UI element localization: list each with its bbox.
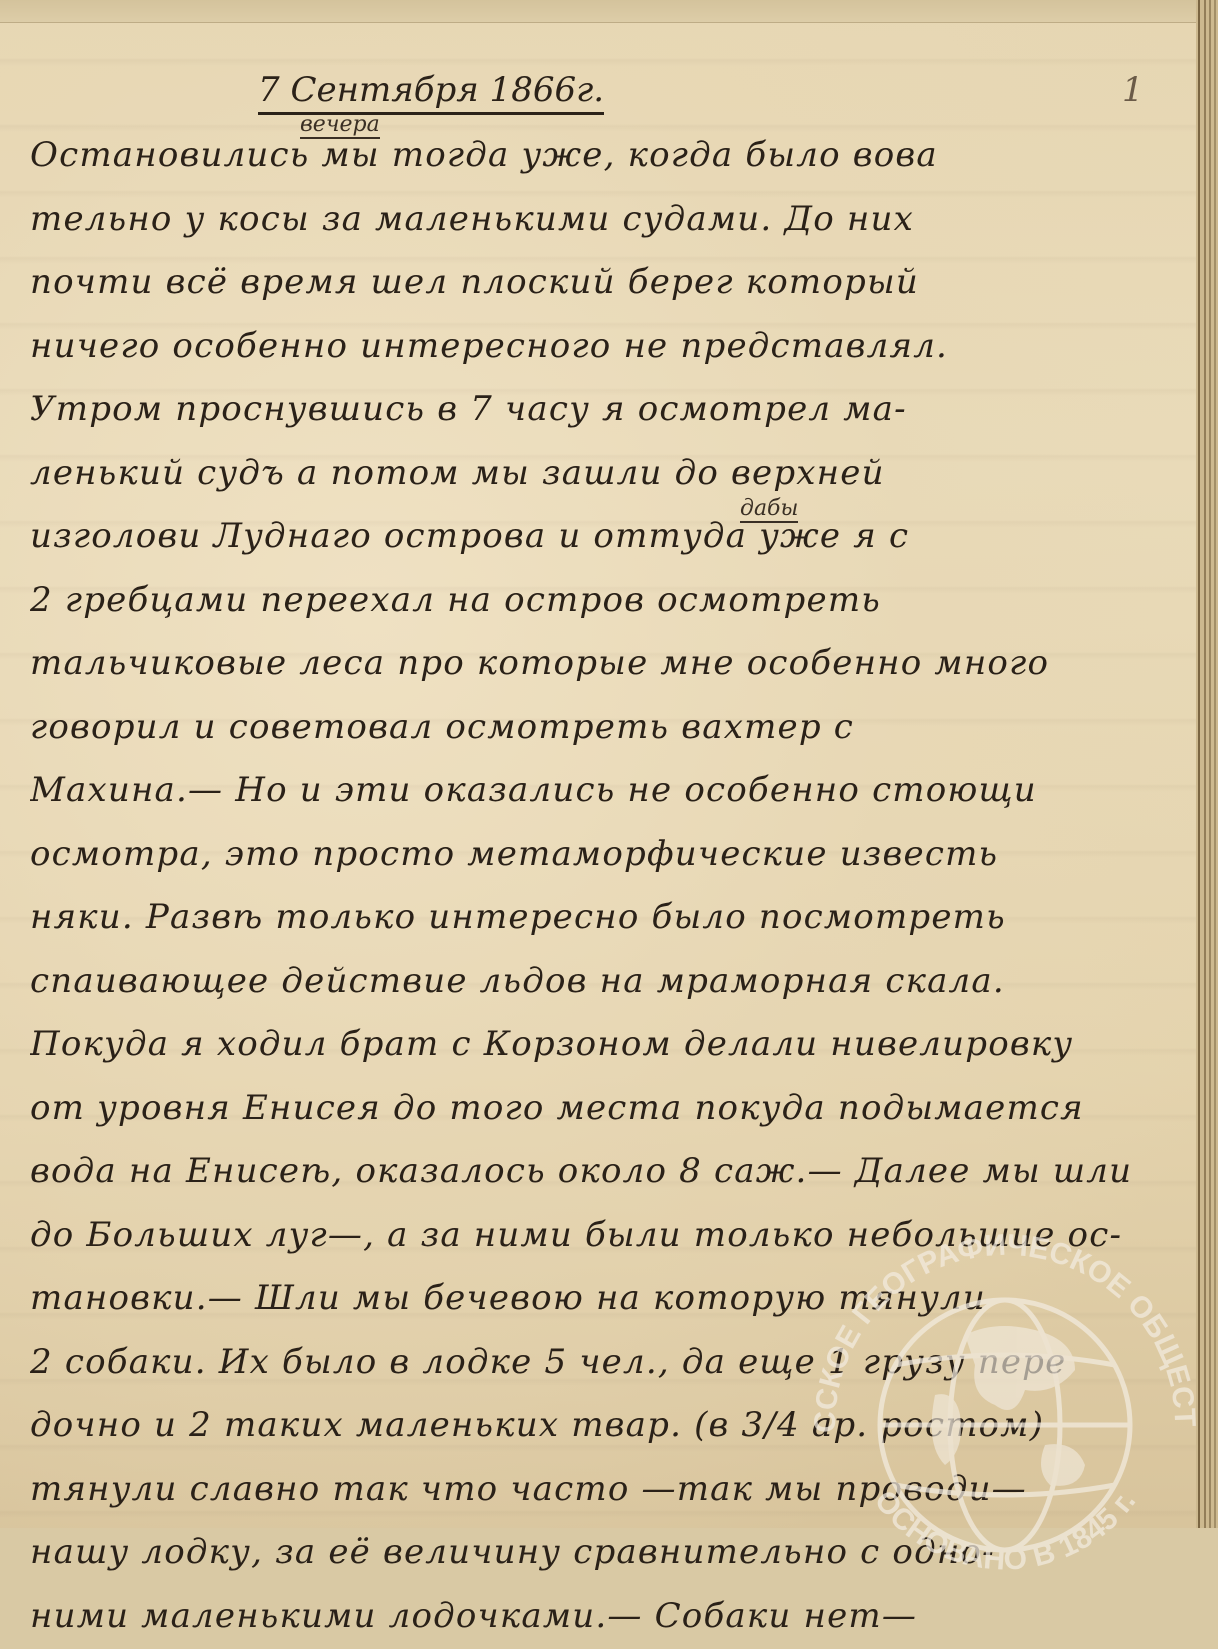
text-line: тановки.— Шли мы бечевою на которую тяну… (30, 1268, 1160, 1332)
date-heading: 7 Сентября 1866г. (258, 70, 604, 115)
page-edge-line (1204, 0, 1206, 1528)
text-line: ничего особенно интересного не представл… (30, 316, 1160, 380)
text-line: осмотра, это просто метаморфические изве… (30, 824, 1160, 888)
text-line: Остановились мы тогда уже, когда было во… (30, 125, 1160, 189)
text-line: изголови Луднаго острова и оттуда уже я … (30, 506, 1160, 570)
text-line: Утром проснувшись в 7 часу я осмотрел ма… (30, 379, 1160, 443)
text-line: нашу лодку, за её величину сравнительно … (30, 1522, 1160, 1528)
page-edge-line (1214, 0, 1216, 1528)
text-line: 2 собаки. Их было в лодке 5 чел., да еще… (30, 1332, 1160, 1396)
text-line: тельно у косы за маленькими судами. До н… (30, 189, 1160, 253)
handwritten-text-body: Остановились мы тогда уже, когда было во… (30, 125, 1160, 1528)
text-line: Покуда я ходил брат с Корзоном делали ни… (30, 1014, 1160, 1078)
text-line: ленький судъ а потом мы зашли до верхней (30, 443, 1160, 507)
text-line: вода на Енисеѣ, оказалось около 8 саж.— … (30, 1141, 1160, 1205)
text-line: от уровня Енисея до того места покуда по… (30, 1078, 1160, 1142)
text-line: спаивающее действие льдов на мраморная с… (30, 951, 1160, 1015)
page-number: 1 (1122, 70, 1144, 110)
top-fold-edge (0, 0, 1218, 23)
page-edge-line (1198, 0, 1200, 1528)
text-line: до Больших луг—, а за ними были только н… (30, 1205, 1160, 1269)
text-line: тальчиковые леса про которые мне особенн… (30, 633, 1160, 697)
text-line: няки. Развѣ только интересно было посмот… (30, 887, 1160, 951)
text-line: почти всё время шел плоский берег которы… (30, 252, 1160, 316)
page-stack-edge (1196, 0, 1218, 1528)
text-line: говорил и советовал осмотреть вахтер с (30, 697, 1160, 761)
text-line: Махина.— Но и эти оказались не особенно … (30, 760, 1160, 824)
text-line: тянули славно так что часто —так мы пров… (30, 1459, 1160, 1523)
page-edge-line (1209, 0, 1211, 1528)
text-line: дочно и 2 таких маленьких твар. (в 3/4 а… (30, 1395, 1160, 1459)
text-line: 2 гребцами переехал на остров осмотреть (30, 570, 1160, 634)
